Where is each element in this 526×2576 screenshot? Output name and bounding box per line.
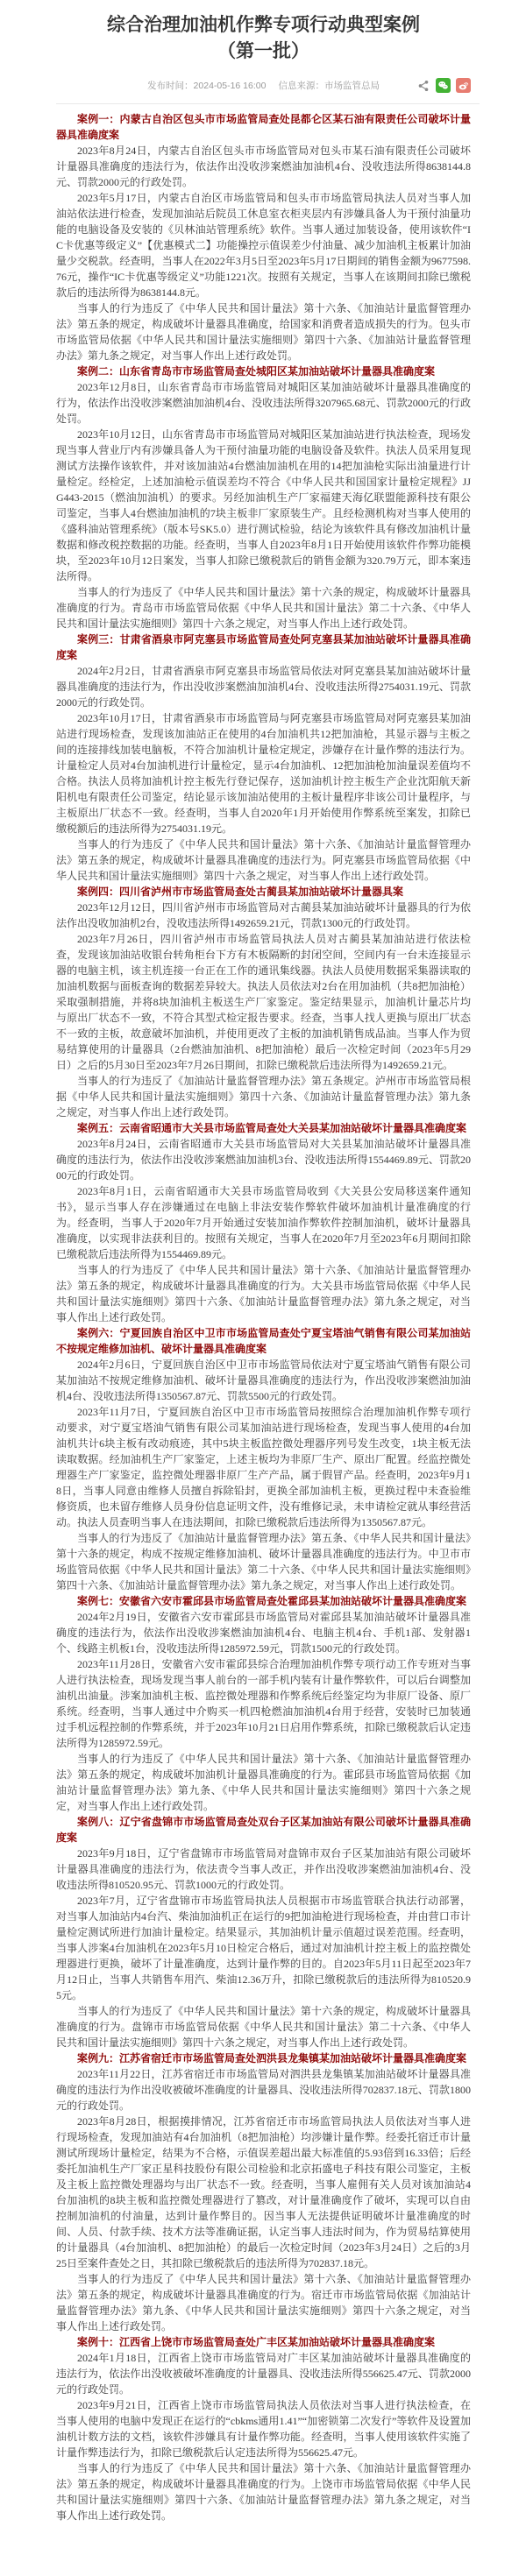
case-paragraph: 2023年9月21日，江西省上饶市市场监管局执法人员依法对当事人进行执法检查，在… [56,2397,471,2460]
case-heading-1: 案例一：内蒙古自治区包头市市场监管局查处昆都仑区某石油有限责任公司破坏计量器具准… [56,111,471,143]
header-divider [56,103,480,104]
case-paragraph: 2023年8月1日，云南省昭通市大关县市场监管局收到《大关县公安局移送案件通知书… [56,1183,471,1262]
publish-time-value: 2024-05-16 16:00 [194,81,267,91]
source-label: 信息来源： [278,81,324,91]
case-paragraph: 2023年10月12日，山东省青岛市市场监管局对城阳区某加油站进行执法检查，现场… [56,427,471,584]
case-heading-2: 案例二：山东省青岛市市场监管局查处城阳区某加油站破坏计量器具准确度案 [56,363,471,379]
case-paragraph: 2023年7月，辽宁省盘锦市市场监管局执法人员根据市市场监管联合执法行动部署，对… [56,1893,471,2003]
case-paragraph: 2024年2月2日，甘肃省酒泉市阿克塞县市场监管局依法对阿克塞县某加油站破坏计量… [56,663,471,710]
case-heading-4: 案例四：四川省泸州市市场监管局查处古蔺县某加油站破坏计量器具案 [56,884,471,900]
case-paragraph: 当事人的行为违反了《中华人民共和国计量法》第十六条、《加油站计量监督管理办法》第… [56,300,471,363]
wechat-share-icon[interactable] [436,78,451,93]
case-heading-7: 案例七：安徽省六安市霍邱县市场监管局查处霍邱县某加油站破坏计量器具准确度案 [56,1593,471,1609]
case-paragraph: 当事人的行为违反了《中华人民共和国计量法》第十六条、《加油站计量监督管理办法》第… [56,1262,471,1325]
article-page: 综合治理加油机作弊专项行动典型案例 （第一批） 发布时间：2024-05-16 … [0,0,526,2576]
case-paragraph: 当事人的行为违反了《中华人民共和国计量法》第十六条的规定，构成破坏计量器具准确度… [56,584,471,632]
case-paragraph: 2023年9月18日，辽宁省盘锦市市场监管局对盘锦市双台子区某加油站有限公司破坏… [56,1846,471,1893]
case-heading-8: 案例八：辽宁省盘锦市市场监管局查处双台子区某加油站有限公司破坏计量器具准确度案 [56,1814,471,1846]
case-paragraph: 2024年2月6日，宁夏回族自治区中卫市市场监管局依法对宁夏宝塔油气销售有限公司… [56,1357,471,1404]
case-list: 案例一：内蒙古自治区包头市市场监管局查处昆都仑区某石油有限责任公司破坏计量器具准… [56,111,471,2523]
case-paragraph: 2023年12月8日，山东省青岛市市场监管局对城阳区某加油站破坏计量器具准确度的… [56,379,471,427]
case-paragraph: 2024年1月18日，江西省上饶市市场监管局对广丰区某加油站破坏计量器具准确度的… [56,2350,471,2397]
case-heading-9: 案例九：江苏省宿迁市市场监管局查处泗洪县龙集镇某加油站破坏计量器具准确度案 [56,2050,471,2066]
case-paragraph: 2023年10月17日，甘肃省酒泉市市场监管局与阿克塞县市场监管局对阿克塞县某加… [56,710,471,836]
publish-time-label: 发布时间： [147,81,194,91]
case-paragraph: 2023年5月17日，内蒙古自治区市场监管局和包头市市场监管局执法人员对当事人加… [56,190,471,300]
weibo-share-icon[interactable] [456,78,471,93]
case-paragraph: 2023年8月24日，云南省昭通市大关县市场监管局对大关县某加油站破坏计量器具准… [56,1136,471,1183]
case-paragraph: 当事人的行为违反了《中华人民共和国计量法》第十六条、《加油站计量监督管理办法》第… [56,1751,471,1814]
source-value: 市场监管总局 [324,81,380,91]
case-paragraph: 2023年11月7日，宁夏回族自治区中卫市市场监管局按照综合治理加油机作弊专项行… [56,1404,471,1530]
case-paragraph: 当事人的行为违反了《中华人民共和国计量法》第十六条、《加油站计量监督管理办法》第… [56,836,471,884]
case-heading-5: 案例五：云南省昭通市大关县市场监管局查处大关县某加油站破坏计量器具准确度案 [56,1120,471,1136]
case-paragraph: 2023年11月28日，安徽省六安市霍邱县综合治理加油机作弊专项行动工作专班对当… [56,1656,471,1751]
page-title-line2: （第一批） [217,41,309,61]
case-paragraph: 当事人的行为违反了《中华人民共和国计量法》第十六条的规定，构成破坏计量器具准确度… [56,2003,471,2050]
page-title-line1: 综合治理加油机作弊专项行动典型案例 [107,15,420,35]
share-icon[interactable] [416,78,430,93]
case-paragraph: 2023年11月22日，江苏省宿迁市市场监管局对泗洪县龙集镇某加油站破坏计量器具… [56,2066,471,2114]
meta-row: 发布时间：2024-05-16 16:00信息来源：市场监管总局 [56,77,471,95]
meta-text: 发布时间：2024-05-16 16:00信息来源：市场监管总局 [56,77,471,95]
case-paragraph: 当事人的行为违反了《加油站计量监督管理办法》第五条、《中华人民共和国计量法》第十… [56,1530,471,1593]
case-paragraph: 2023年7月26日，四川省泸州市市场监管局执法人员对古蔺县某加油站进行依法检查… [56,931,471,1073]
case-paragraph: 当事人的行为违反了《加油站计量监督管理办法》第五条规定。泸州市市场监管局根据《中… [56,1073,471,1120]
case-paragraph: 2024年2月19日，安徽省六安市霍邱县市场监管局对霍邱县某加油站破坏计量器具准… [56,1609,471,1656]
case-paragraph: 当事人的行为违反了《中华人民共和国计量法》第十六条、《加油站计量监督管理办法》第… [56,2460,471,2523]
case-heading-3: 案例三：甘肃省酒泉市阿克塞县市场监管局查处阿克塞县某加油站破坏计量器具准确度案 [56,632,471,663]
case-paragraph: 当事人的行为违反了《中华人民共和国计量法》第十六条、《加油站计量监督管理办法》第… [56,2271,471,2334]
case-paragraph: 2023年8月24日，内蒙古自治区包头市市场监管局对包头市某石油有限责任公司破坏… [56,143,471,190]
share-bar [416,78,471,93]
case-paragraph: 2023年8月28日，根据摸排情况，江苏省宿迁市市场监管局执法人员依法对当事人进… [56,2114,471,2271]
case-heading-6: 案例六：宁夏回族自治区中卫市市场监管局查处宁夏宝塔油气销售有限公司某加油站不按规… [56,1325,471,1357]
page-title: 综合治理加油机作弊专项行动典型案例 （第一批） [56,12,471,65]
case-paragraph: 2023年12月12日，四川省泸州市市场监管局对古蔺县某加油站破坏计量器具的行为… [56,900,471,931]
case-heading-10: 案例十：江西省上饶市市场监管局查处广丰区某加油站破坏计量器具准确度案 [56,2334,471,2350]
